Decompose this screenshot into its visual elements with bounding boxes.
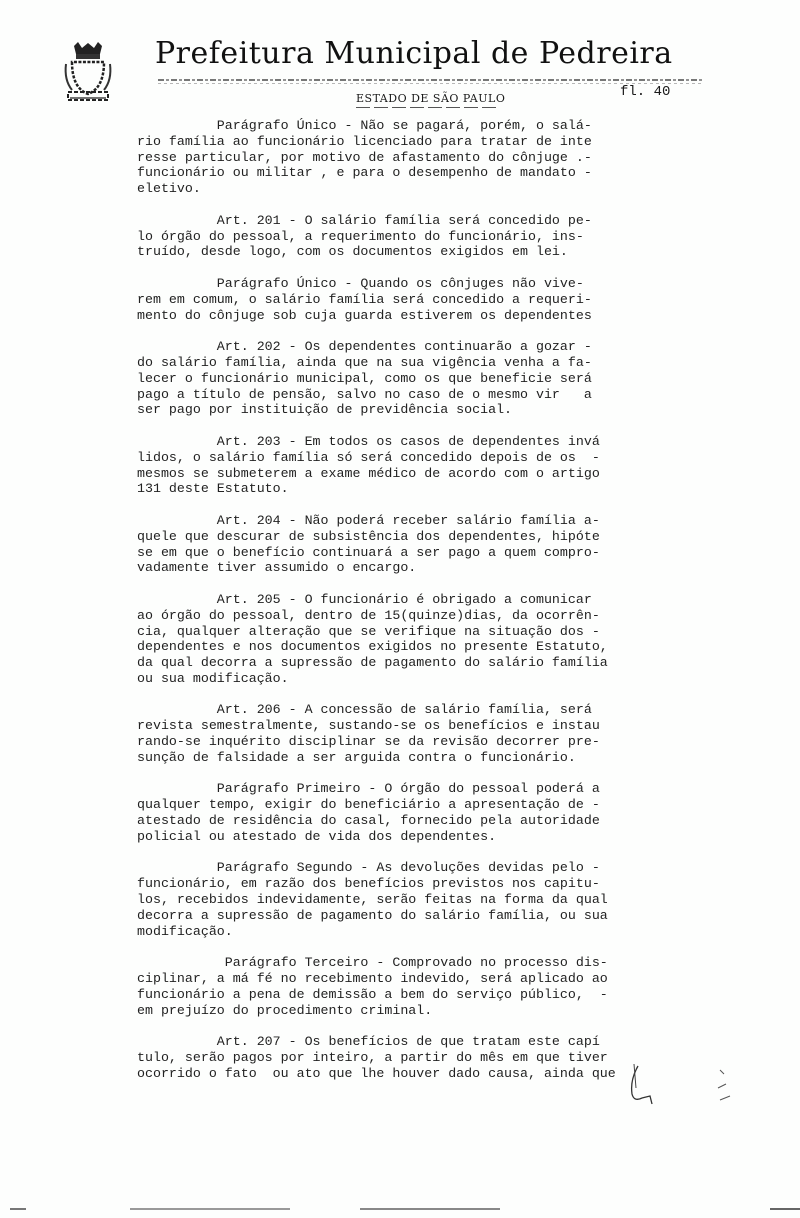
text-line: lidos, o salário família só será concedi… — [137, 450, 737, 466]
text-line: funcionário a pena de demissão a bem do … — [137, 987, 737, 1003]
text-line: Art. 204 - Não poderá receber salário fa… — [137, 513, 737, 529]
signature-mark — [620, 1060, 740, 1110]
text-line: ser pago por instituição de previdência … — [137, 402, 737, 418]
state-underline — [356, 107, 496, 108]
text-line: se em que o benefício continuará a ser p… — [137, 545, 737, 561]
text-line: Art. 201 - O salário família será conced… — [137, 213, 737, 229]
paragraph: Parágrafo Segundo - As devoluções devida… — [137, 860, 737, 939]
text-line: Art. 202 - Os dependentes continuarão a … — [137, 339, 737, 355]
text-line: Parágrafo Primeiro - O órgão do pessoal … — [137, 781, 737, 797]
text-line: mento do cônjuge sob cuja guarda estiver… — [137, 308, 737, 324]
text-line: revista semestralmente, sustando-se os b… — [137, 718, 737, 734]
text-line: los, recebidos indevidamente, serão feit… — [137, 892, 737, 908]
text-line: eletivo. — [137, 181, 737, 197]
text-line: Parágrafo Terceiro - Comprovado no proce… — [137, 955, 737, 971]
paragraph: Art. 203 - Em todos os casos de dependen… — [137, 434, 737, 497]
paragraph: Parágrafo Único - Não se pagará, porém, … — [137, 118, 737, 197]
text-line: qualquer tempo, exigir do beneficiário a… — [137, 797, 737, 813]
paragraph: Parágrafo Único - Quando os cônjuges não… — [137, 276, 737, 323]
text-line: truído, desde logo, com os documentos ex… — [137, 244, 737, 260]
text-line: quele que descurar de subsistência dos d… — [137, 529, 737, 545]
text-line: Parágrafo Único - Quando os cônjuges não… — [137, 276, 737, 292]
text-line: vadamente tiver assumido o encargo. — [137, 560, 737, 576]
paragraph: Parágrafo Terceiro - Comprovado no proce… — [137, 955, 737, 1018]
text-line: decorra a supressão de pagamento do salá… — [137, 908, 737, 924]
text-line: resse particular, por motivo de afastame… — [137, 150, 737, 166]
page-edge-marks — [0, 1208, 800, 1210]
text-line: 131 deste Estatuto. — [137, 481, 737, 497]
text-line: Art. 205 - O funcionário é obrigado a co… — [137, 592, 737, 608]
text-line: modificação. — [137, 924, 737, 940]
letterhead-title: Prefeitura Municipal de Pedreira — [155, 36, 673, 71]
text-line: policial ou atestado de vida dos depende… — [137, 829, 737, 845]
text-line: atestado de residência do casal, forneci… — [137, 813, 737, 829]
letterhead-rule — [158, 79, 704, 81]
paragraph: Art. 204 - Não poderá receber salário fa… — [137, 513, 737, 576]
text-line: Parágrafo Segundo - As devoluções devida… — [137, 860, 737, 876]
text-line: em prejuízo do procedimento criminal. — [137, 1003, 737, 1019]
text-line: funcionário ou militar , e para o desemp… — [137, 165, 737, 181]
text-line: funcionário, em razão dos benefícios pre… — [137, 876, 737, 892]
coat-of-arms-icon — [62, 40, 114, 104]
text-line: rem em comum, o salário família será con… — [137, 292, 737, 308]
text-line: Art. 203 - Em todos os casos de dependen… — [137, 434, 737, 450]
text-line: pago a título de pensão, salvo no caso d… — [137, 387, 737, 403]
text-line: dependentes e nos documentos exigidos no… — [137, 639, 737, 655]
text-line: da qual decorra a supressão de pagamento… — [137, 655, 737, 671]
text-line: ao órgão do pessoal, dentro de 15(quinze… — [137, 608, 737, 624]
text-line: sunção de falsidade a ser arguida contra… — [137, 750, 737, 766]
paragraph: Parágrafo Primeiro - O órgão do pessoal … — [137, 781, 737, 844]
text-line: rando-se inquérito disciplinar se da rev… — [137, 734, 737, 750]
text-line: Art. 207 - Os benefícios de que tratam e… — [137, 1034, 737, 1050]
text-line: lo órgão do pessoal, a requerimento do f… — [137, 229, 737, 245]
text-line: do salário família, ainda que na sua vig… — [137, 355, 737, 371]
text-line: lecer o funcionário municipal, como os q… — [137, 371, 737, 387]
paragraph: Art. 205 - O funcionário é obrigado a co… — [137, 592, 737, 687]
text-line: Art. 206 - A concessão de salário famíli… — [137, 702, 737, 718]
text-line: ciplinar, a má fé no recebimento indevid… — [137, 971, 737, 987]
text-line: Parágrafo Único - Não se pagará, porém, … — [137, 118, 737, 134]
text-line: ou sua modificação. — [137, 671, 737, 687]
text-line: rio família ao funcionário licenciado pa… — [137, 134, 737, 150]
state-name: ESTADO DE SÃO PAULO — [356, 92, 505, 105]
paragraph: Art. 206 - A concessão de salário famíli… — [137, 702, 737, 765]
document-body: Parágrafo Único - Não se pagará, porém, … — [137, 118, 737, 1097]
folio-number: fl. 40 — [620, 84, 670, 100]
text-line: cia, qualquer alteração que se verifique… — [137, 624, 737, 640]
paragraph: Art. 202 - Os dependentes continuarão a … — [137, 339, 737, 418]
text-line: mesmos se submeterem a exame médico de a… — [137, 466, 737, 482]
paragraph: Art. 201 - O salário família será conced… — [137, 213, 737, 260]
